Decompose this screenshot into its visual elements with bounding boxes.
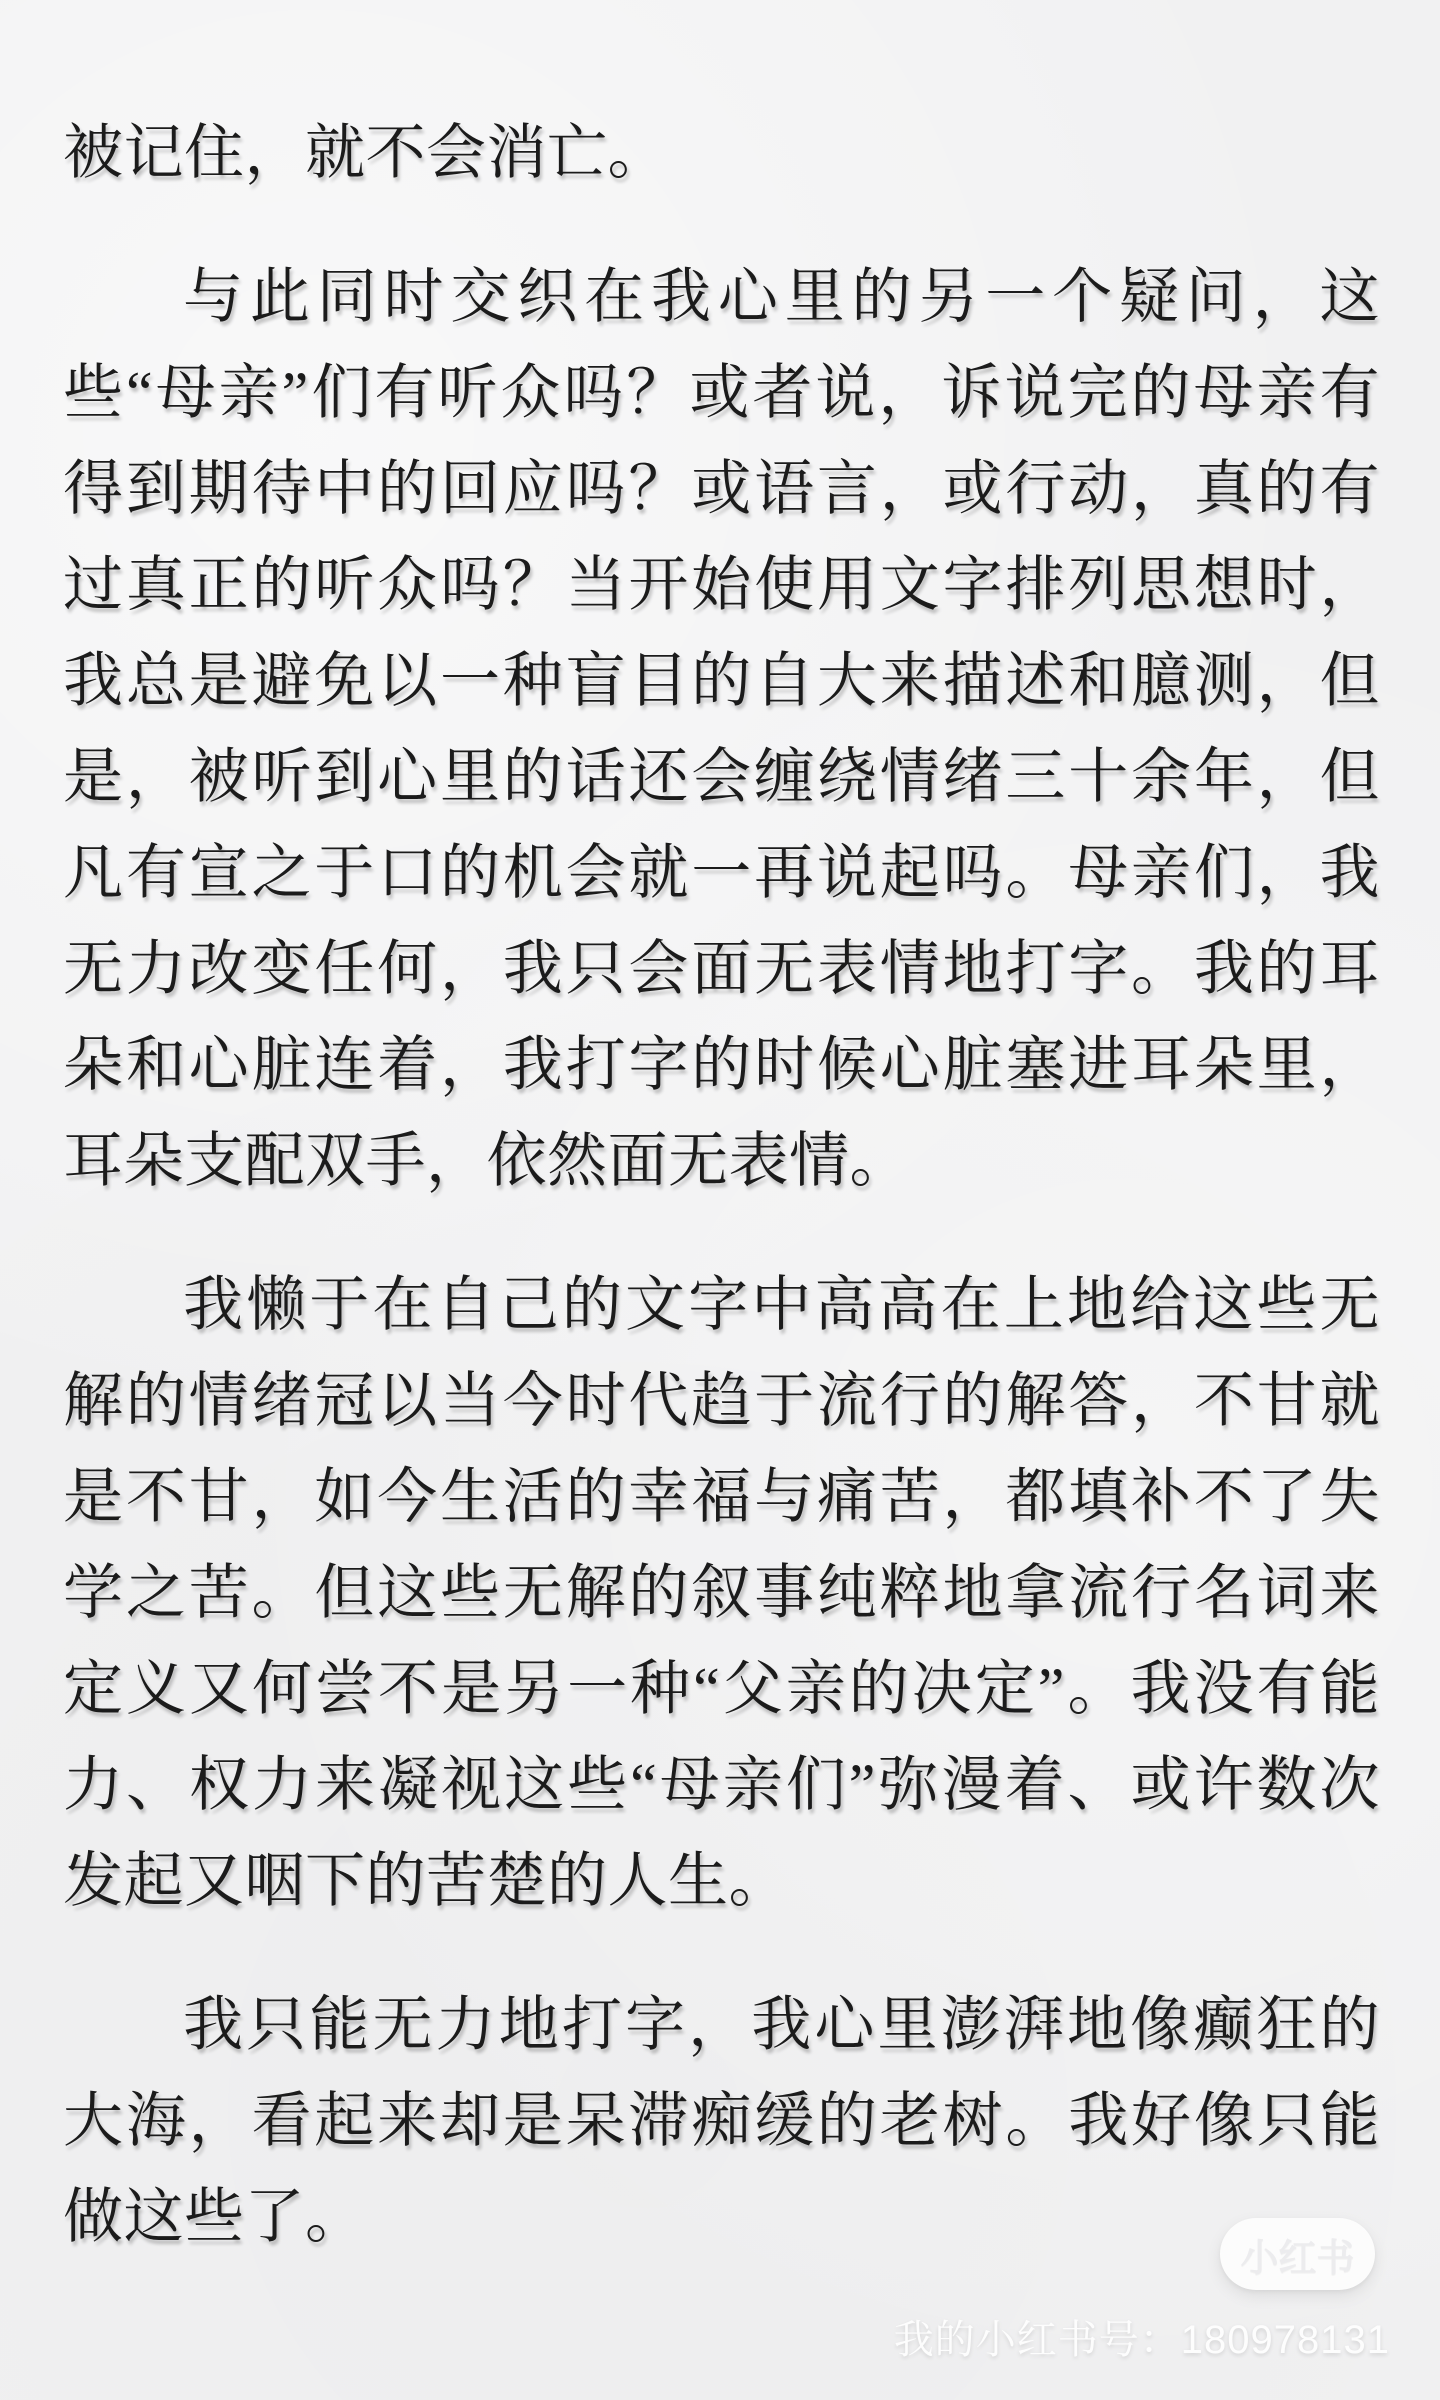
paragraph: 与此同时交织在我心里的另一个疑问，这些“母亲”们有听众吗？或者说，诉说完的母亲有… bbox=[63, 249, 1380, 1209]
xiaohongshu-account-id: 我的小红书号：180978131 bbox=[894, 2308, 1390, 2365]
article-body: 被记住，就不会消亡。与此同时交织在我心里的另一个疑问，这些“母亲”们有听众吗？或… bbox=[63, 105, 1380, 2265]
xiaohongshu-logo-text: 小红书 bbox=[1240, 2227, 1354, 2282]
paragraph: 我懒于在自己的文字中高高在上地给这些无解的情绪冠以当今时代趋于流行的解答，不甘就… bbox=[63, 1257, 1380, 1929]
xiaohongshu-badge: 小红书 bbox=[1220, 2218, 1375, 2290]
paragraph: 被记住，就不会消亡。 bbox=[63, 105, 1380, 201]
paragraph: 我只能无力地打字，我心里澎湃地像癫狂的大海，看起来却是呆滞痴缓的老树。我好像只能… bbox=[63, 1977, 1380, 2265]
